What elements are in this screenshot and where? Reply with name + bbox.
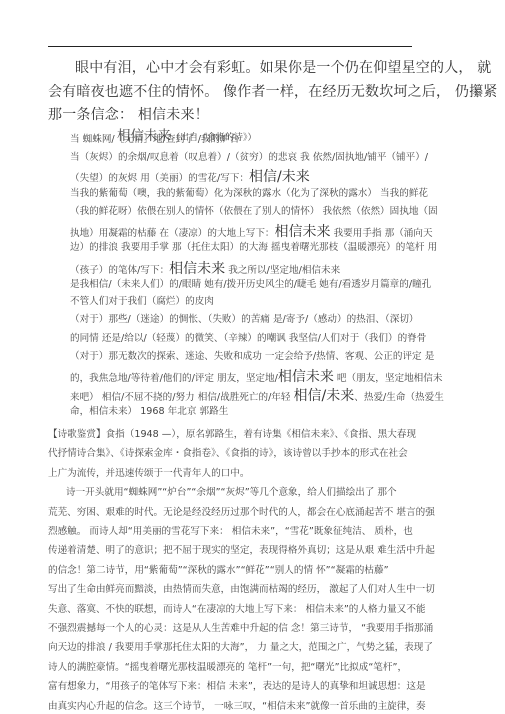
- poem-refrain: 相信/未来: [249, 169, 310, 185]
- intro-line: 会有暗夜也遮不住的情怀。 像作者一样，在经历无数坎坷之后， 仍攥紧: [48, 81, 498, 101]
- essay-line: 荒芜、穷困、艰难的时代。无论是经没经历过那个时代的人，都会在心底涌起苦不 堪言的…: [48, 504, 435, 518]
- poem-line-text: 不管人们对于我们（腐烂）的皮肉: [70, 296, 214, 307]
- poem-line: 来吧） 相信/不屈不挠的/努力 相信/战胜死亡的/年轻 相信/未来、热爱/生命（…: [70, 385, 444, 405]
- essay-line: 代抒情诗合集》、《诗探索金库・食指卷》、《食指的诗》，该诗曾以手抄本的形式在社会: [48, 445, 408, 459]
- poem-line-text: （孩子）的笔体/写下：: [70, 265, 169, 276]
- essay-line: 诗一开头就用“蜘蛛网”“炉台”“余烟”“灰烬”等几个意象，给人们描绘出了 那个: [66, 484, 397, 498]
- poem-refrain: 相信未来: [169, 261, 225, 277]
- poem-line-text: 的同情 还是/给以/（轻蔑）的微笑、（辛辣）的嘲讽 我坚信/人们对于（我们）的脊…: [70, 333, 426, 344]
- poem-line: 不管人们对于我们（腐烂）的皮肉: [70, 293, 214, 307]
- poem-line: 当 蜘蛛网/［无情］地/查封了 /我的炉台: [70, 131, 239, 145]
- poem-line-text: 的，我焦急地/等待着/他们的/评定 朋友，坚定地/: [70, 373, 278, 384]
- poem-line: （失望）的灰烬 用（美丽）的雪花/写下：相信/未来: [70, 166, 310, 186]
- essay-line: 【诗歌鉴赏】食指（1948 —），原名郭路生，着有诗集《相信未来》、《食指、黑大…: [48, 426, 416, 440]
- poem-line-text: 边）的排浪 我要用手掌 那（托住太阳）的大海 摇曳着曙光那枝（温暖漂亮）的笔杆 …: [70, 242, 437, 253]
- poem-refrain: 相信未来: [275, 224, 331, 240]
- poem-line-text: 是我相信/（未来人们）的/眼睛 她有/拨开历史风尘的/睫毛 她有/看透岁月篇章的…: [70, 279, 431, 290]
- poem-line: （对于）那些/（迷途）的惆怅、（失败）的苦痛 是/寄予/（感动）的热泪、（深切）: [70, 311, 419, 325]
- poem-line: （对于）那无数次的探索、迷途、失败和成功 一定会给予/热情、客观、公正的评定 是: [70, 348, 434, 362]
- poem-line-text: 执地）用凝霜的枯藤 在（凄凉）的大地上写下：: [70, 228, 275, 239]
- essay-line: 诗人的满腔豪情。“摇曳着曙光那枝温暖漂亮的 笔杆”一句，把“曙光”比拟成“笔杆”…: [48, 659, 407, 673]
- poem-line: （孩子）的笔体/写下：相信未来 我之所以/坚定地/相信未来: [70, 258, 340, 278]
- poem-line: 的同情 还是/给以/（轻蔑）的微笑、（辛辣）的嘲讽 我坚信/人们对于（我们）的脊…: [70, 330, 426, 344]
- poem-line: 执地）用凝霜的枯藤 在（凄凉）的大地上写下：相信未来 我要用手指 那（涌向天: [70, 221, 433, 241]
- intro-line: 眼中有泪，心中才会有彩虹。如果你是一个仍在仰望星空的人， 就: [75, 57, 491, 77]
- poem-line: 是我相信/（未来人们）的/眼睛 她有/拨开历史风尘的/睫毛 她有/看透岁月篇章的…: [70, 276, 431, 290]
- poem-refrain: 相信/未来: [294, 388, 355, 404]
- poem-line-text: 当（灰烬）的余烟/叹息着（叹息着）/（贫穷）的悲哀 我 依然/固执地/铺平（铺平…: [70, 152, 428, 163]
- poem-line-text: 我之所以/坚定地/相信未来: [225, 265, 340, 276]
- essay-line: 的信念！第二诗节，用“紫葡萄”“深秋的露水”“鲜花”“别人的情 怀”“凝霜的枯藤…: [48, 562, 389, 576]
- essay-line: 不强烈震撼每一个人的心灵：这是从人生苦难中升起的信 念！第三诗节， “我要用手指…: [48, 620, 433, 634]
- poem-line: 当（灰烬）的余烟/叹息着（叹息着）/（贫穷）的悲哀 我 依然/固执地/铺平（铺平…: [70, 149, 428, 163]
- intro-line: 那一条信念： 相信未来！: [48, 104, 209, 124]
- poem-line-text: （我的鲜花呀）依偎在别人的情怀（依偎在了别人的情怀） 我依然（依然）固执地（固: [70, 206, 438, 217]
- essay-line: 由真实内心升起的信念。这三个诗节， 一咏三叹，“相信未来”就像一首乐曲的主旋律，…: [48, 698, 426, 712]
- poem-line-text: 当我的紫葡萄（噢，我的紫葡萄）化为深秋的露水（化为了深秋的露水） 当我的鲜花: [70, 188, 428, 199]
- essay-line: 上广为流传，并迅速传颂于一代青年人的口中。: [48, 465, 249, 479]
- poem-line-text: 我要用手指 那（涌向天: [331, 228, 433, 239]
- poem-line-text: 来吧） 相信/不屈不挠的/努力 相信/战胜死亡的/年轻: [70, 392, 294, 403]
- essay-line: 向天边的排浪 / 我要用手掌那托住太阳的大海”， 力 量之大，范围之广，气势之猛…: [48, 639, 433, 653]
- poem-line-text: 、热爱/生命（热爱生: [354, 392, 444, 403]
- poem-line-text: （失望）的灰烬 用（美丽）的雪花/写下：: [70, 173, 249, 184]
- header-rule: [48, 46, 412, 47]
- poem-line: （我的鲜花呀）依偎在别人的情怀（依偎在了别人的情怀） 我依然（依然）固执地（固: [70, 203, 438, 217]
- poem-refrain: 相信未来: [278, 369, 334, 385]
- essay-line: 失意、落寞、不快的联想，而诗人“在凄凉的大地上写下来： 相信未来”的人格力量又不…: [48, 601, 426, 615]
- essay-line: 写出了生命由鲜亮而黯淡，由热情而失意，由饱满而枯竭的经历， 激起了人们对人生中一…: [48, 581, 435, 595]
- poem-line-text: 当 蜘蛛网/［无情］地/查封了 /我的炉台: [70, 134, 239, 145]
- poem-line-text: 命，相信未来） 1968 年北京 郭路生: [70, 406, 228, 417]
- essay-line: 传递着清楚、明了的意识；把不屈于现实的坚定，表现得格外真切；这是从艰 难生活中升…: [48, 542, 435, 556]
- essay-line: 富有想象力，“用孩子的笔体写下来：相信 未来”，表达的是诗人的真挚和坦诚思想：这…: [48, 678, 426, 692]
- poem-line-text: （对于）那无数次的探索、迷途、失败和成功 一定会给予/热情、客观、公正的评定 是: [70, 351, 434, 362]
- poem-line-text: 吧（朋友，坚定地相信未: [334, 373, 443, 384]
- poem-line-text: （对于）那些/（迷途）的惆怅、（失败）的苦痛 是/寄予/（感动）的热泪、（深切）: [70, 314, 419, 325]
- poem-line: 的，我焦急地/等待着/他们的/评定 朋友，坚定地/相信未来 吧（朋友，坚定地相信…: [70, 366, 442, 386]
- poem-line: 命，相信未来） 1968 年北京 郭路生: [70, 403, 228, 417]
- essay-line: 烈感触。 而诗人却“用美丽的雪花写下来： 相信未来”，“雪花”既象征纯洁、 质朴…: [48, 523, 413, 537]
- poem-line: 当我的紫葡萄（噢，我的紫葡萄）化为深秋的露水（化为了深秋的露水） 当我的鲜花: [70, 185, 428, 199]
- poem-line: 边）的排浪 我要用手掌 那（托住太阳）的大海 摇曳着曙光那枝（温暖漂亮）的笔杆 …: [70, 239, 437, 253]
